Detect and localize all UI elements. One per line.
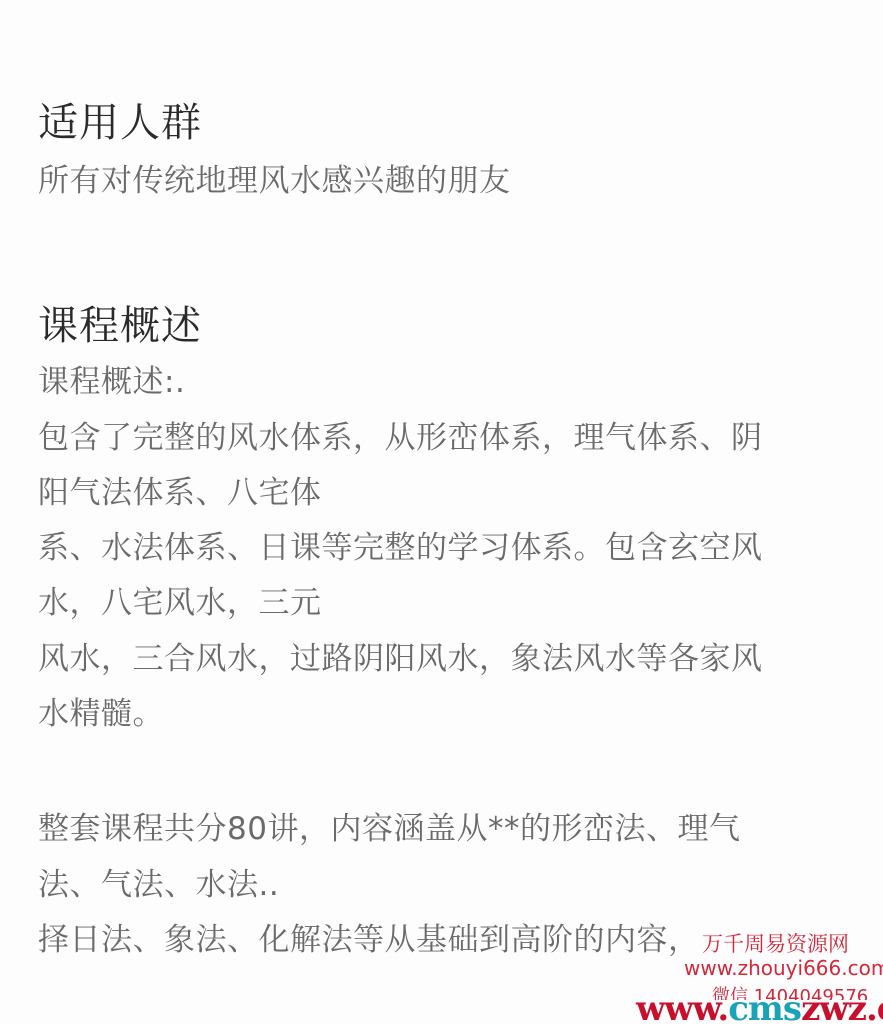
watermark-site-name: 万千周易资源网 [702, 928, 849, 958]
audience-heading: 适用人群 [38, 99, 202, 147]
watermark-logo-prefix: www. [636, 989, 728, 1024]
overview-line: 择日法、象法、化解法等从基础到高阶的内容， [38, 920, 700, 960]
overview-line: 课程概述:. [38, 362, 185, 402]
overview-line: 法、气法、水法.. [38, 865, 279, 905]
overview-line: 包含了完整的风水体系，从形峦体系，理气体系、阴 [38, 418, 763, 458]
overview-line: 阳气法体系、八宅体 [38, 473, 322, 513]
watermark-url: www.zhouyi666.com [684, 956, 883, 980]
overview-line: 风水，三合风水，过路阴阳风水，象法风水等各家风 [38, 639, 763, 679]
overview-line: 系、水法体系、日课等完整的学习体系。包含玄空风 [38, 528, 763, 568]
audience-text: 所有对传统地理风水感兴趣的朋友 [38, 161, 511, 201]
watermark-logo: www.cmszwz.com [636, 992, 883, 1024]
overview-heading: 课程概述 [38, 302, 202, 350]
overview-line: 水精髓。 [38, 694, 164, 734]
watermark-logo-suffix: zwz.com [801, 989, 883, 1024]
overview-line: 水，八宅风水，三元 [38, 583, 322, 623]
watermark-logo-mid: cms [728, 989, 801, 1024]
overview-line: 整套课程共分80讲，内容涵盖从**的形峦法、理气 [38, 809, 740, 849]
